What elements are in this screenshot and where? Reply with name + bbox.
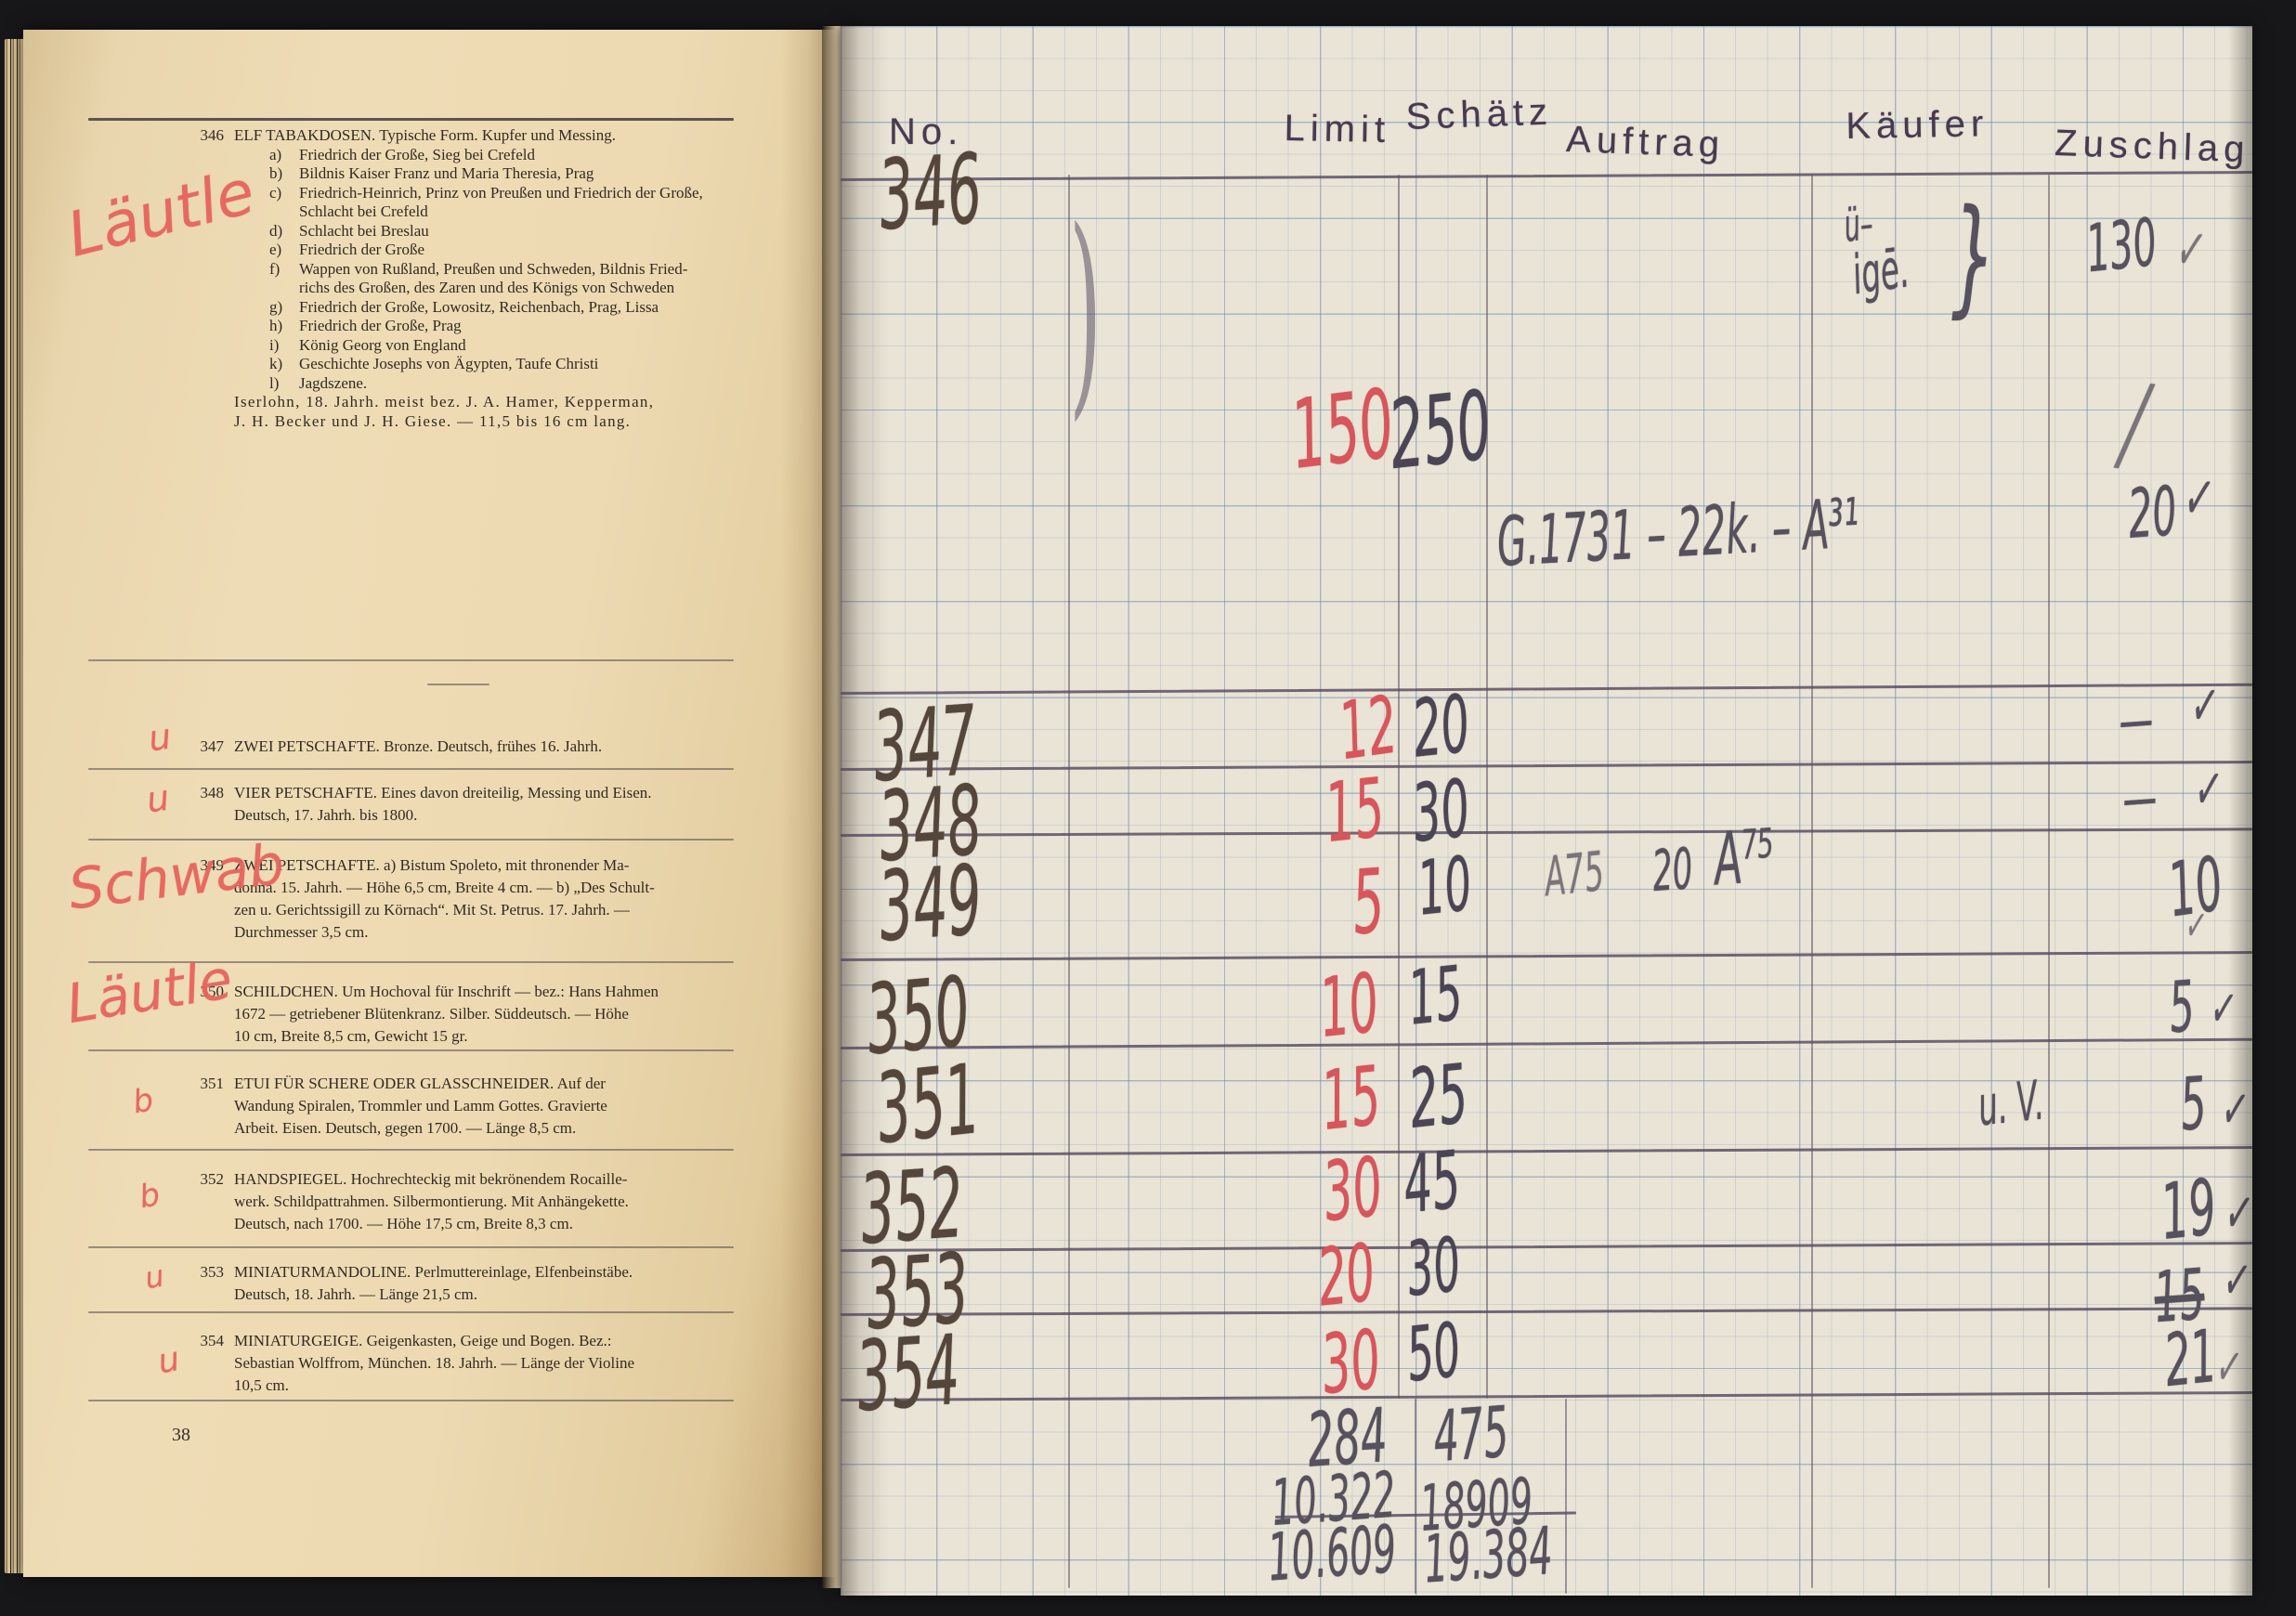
ledger-handwriting: 250 xyxy=(1385,378,1495,483)
catalog-subitem-label: c) xyxy=(269,184,281,203)
ledger-row-line xyxy=(841,1391,2252,1401)
ledger-handwriting: 349 xyxy=(876,853,985,956)
ledger-handwriting: ✓ xyxy=(2221,1252,2253,1310)
catalog-line: k)Geschichte Josephs von Ägypten, Taufe … xyxy=(23,355,841,374)
ledger-handwriting: ✓ xyxy=(2181,466,2218,531)
catalog-text: Friedrich der Große, Lowositz, Reichenba… xyxy=(299,298,659,316)
ledger-handwriting: 12 xyxy=(1335,685,1402,772)
catalog-line: Iserlohn, 18. Jahrh. meist bez. J. A. Ha… xyxy=(23,393,841,412)
catalog-text: richs des Großen, des Zaren und des Köni… xyxy=(299,279,674,296)
catalog-entry-number: 352 xyxy=(161,1168,224,1191)
catalog-subitem-label: k) xyxy=(269,355,282,374)
catalog-subitem-label: i) xyxy=(269,336,279,356)
ledger-handwriting: 20 xyxy=(1409,684,1473,769)
catalog-rule xyxy=(88,1049,734,1051)
ledger-handwriting: 10 xyxy=(1415,847,1475,927)
catalog-entry-354: 354MINIATURGEIGE. Geigenkasten, Geige un… xyxy=(23,1330,841,1397)
catalog-text: ETUI FÜR SCHERE ODER GLASSCHNEIDER. Auf … xyxy=(234,1075,606,1092)
ledger-row-line xyxy=(841,1038,2252,1049)
catalog-text: ELF TABAKDOSEN. Typische Form. Kupfer un… xyxy=(234,126,616,144)
ledger-column-line xyxy=(1398,175,1400,1399)
ledger-row-line xyxy=(841,684,2252,695)
catalog-text: ZWEI PETSCHAFTE. Bronze. Deutsch, frühes… xyxy=(234,737,602,755)
ledger-handwriting: 351 xyxy=(872,1051,985,1158)
ledger-column-line xyxy=(2048,175,2050,1588)
catalog-text: Friedrich der Große, Prag xyxy=(299,317,462,334)
ledger-handwriting: 354 xyxy=(854,1323,962,1426)
catalog-text: Deutsch, 17. Jahrh. bis 1800. xyxy=(234,806,417,824)
ledger-column-header-limit: Limit xyxy=(1284,108,1390,151)
catalog-text: HANDSPIEGEL. Hochrechteckig mit bekrönen… xyxy=(234,1170,627,1188)
ledger-handwriting: A75 xyxy=(1542,844,1607,905)
ledger-handwriting: 30 xyxy=(1403,1228,1464,1308)
ledger-column-line xyxy=(1811,175,1813,1588)
catalog-line: l)Jagdszene. xyxy=(23,374,841,394)
catalog-subitem-label: h) xyxy=(269,317,282,336)
catalog-text: 1672 — getriebener Blütenkranz. Silber. … xyxy=(234,1005,629,1023)
catalog-text: Iserlohn, 18. Jahrh. meist bez. J. A. Ha… xyxy=(234,393,654,411)
catalog-rule xyxy=(88,839,734,841)
ledger-handwriting: 20 xyxy=(1650,841,1694,900)
catalog-text: Sebastian Wolffrom, München. 18. Jahrh. … xyxy=(234,1354,634,1372)
ledger-handwriting: 19.384 xyxy=(1422,1518,1555,1592)
ledger-handwriting: — xyxy=(2117,688,2155,751)
catalog-rule xyxy=(88,1246,734,1248)
catalog-text: ZWEI PETSCHAFTE. a) Bistum Spoleto, mit … xyxy=(234,856,629,874)
catalog-line: f)Wappen von Rußland, Preußen und Schwed… xyxy=(23,260,841,280)
catalog-line: richs des Großen, des Zaren und des Köni… xyxy=(23,279,841,298)
ledger-column-header-zuschlag: Zuschlag xyxy=(2054,123,2250,171)
ledger-column-line xyxy=(1486,175,1488,1399)
catalog-rule xyxy=(88,1149,734,1151)
ledger-column-header-auftrag: Auftrag xyxy=(1565,119,1725,166)
catalog-line: a)Friedrich der Große, Sieg bei Crefeld xyxy=(23,146,841,165)
ledger-handwriting: 30 xyxy=(1320,1145,1386,1232)
catalog-text: Durchmesser 3,5 cm. xyxy=(234,923,368,941)
ledger-handwriting: ✓ xyxy=(2213,1339,2245,1394)
catalog-rule xyxy=(88,118,734,121)
ledger-handwriting: — xyxy=(2120,766,2159,829)
catalog-text: Wandung Spiralen, Trommler und Lamm Gott… xyxy=(234,1097,607,1114)
ledger-handwriting: 19 xyxy=(2158,1170,2220,1253)
ledger-handwriting: 5 xyxy=(2167,971,2197,1043)
catalog-text: Arbeit. Eisen. Deutsch, gegen 1700. — Lä… xyxy=(234,1119,576,1137)
catalog-rule xyxy=(88,1400,734,1401)
catalog-text: Jagdszene. xyxy=(299,374,367,392)
ledger-handwriting: 5 xyxy=(2178,1068,2209,1142)
catalog-rule xyxy=(427,684,489,685)
ledger-handwriting: ✓ xyxy=(2219,1081,2251,1139)
ledger-handwriting: 5 xyxy=(1350,858,1387,948)
pencil-bracket: ) xyxy=(1069,186,1102,442)
catalog-text: VIER PETSCHAFTE. Eines davon dreiteilig,… xyxy=(234,784,652,801)
catalog-subitem-label: l) xyxy=(269,374,279,394)
catalog-line: J. H. Becker und J. H. Giese. — 11,5 bis… xyxy=(23,412,841,432)
ledger-handwriting: 10.609 xyxy=(1266,1516,1399,1590)
ledger-handwriting: 150 xyxy=(1286,376,1399,483)
ledger-handwriting: G.1731 – 22k. – A³¹ xyxy=(1495,490,1861,578)
ledger-handwriting: 20 xyxy=(1314,1233,1378,1318)
page-number: 38 xyxy=(172,1425,190,1446)
ledger-page: ) No.LimitSchätzAuftragKäuferZuschlag 34… xyxy=(841,26,2252,1596)
ledger-handwriting: 346 xyxy=(876,141,985,244)
catalog-entry-number: 346 xyxy=(161,126,224,146)
ledger-handwriting: igē. xyxy=(1849,241,1912,303)
catalog-line: i)König Georg von England xyxy=(23,336,841,356)
catalog-line: 354MINIATURGEIGE. Geigenkasten, Geige un… xyxy=(23,1330,841,1352)
ledger-handwriting: ✓ xyxy=(2208,981,2239,1036)
ledger-row-line xyxy=(841,1146,2252,1156)
catalog-subitem-label: f) xyxy=(269,260,280,280)
catalog-line: 346ELF TABAKDOSEN. Typische Form. Kupfer… xyxy=(23,126,841,146)
ledger-handwriting: ✓ xyxy=(2172,219,2210,282)
ledger-handwriting: 10 xyxy=(1316,961,1382,1049)
ledger-handwriting: ✓ xyxy=(2193,760,2225,819)
ledger-handwriting: 130 xyxy=(2083,209,2159,281)
ledger-handwriting: 45 xyxy=(1400,1140,1464,1225)
catalog-subitem-label: b) xyxy=(269,164,282,184)
catalog-subitem-label: e) xyxy=(269,241,281,260)
catalog-text: Wappen von Rußland, Preußen und Schweden… xyxy=(299,260,687,278)
catalog-rule xyxy=(88,768,734,770)
catalog-text: SCHILDCHEN. Um Hochoval für Inschrift — … xyxy=(234,983,659,1000)
ledger-handwriting: A⁷⁵ xyxy=(1712,820,1777,896)
catalog-subitem-label: g) xyxy=(269,298,282,318)
ledger-row-line xyxy=(841,951,2252,961)
ledger-handwriting: } xyxy=(1951,193,1996,320)
catalog-text: 10 cm, Breite 8,5 cm, Gewicht 15 gr. xyxy=(234,1027,468,1045)
catalog-text: Schlacht bei Breslau xyxy=(299,222,429,240)
ledger-handwriting: 50 xyxy=(1403,1313,1464,1393)
catalog-subitem-label: d) xyxy=(269,222,282,241)
catalog-line: 347ZWEI PETSCHAFTE. Bronze. Deutsch, frü… xyxy=(23,736,841,758)
catalog-line: Durchmesser 3,5 cm. xyxy=(23,921,841,944)
catalog-text: Schlacht bei Crefeld xyxy=(299,202,428,220)
catalog-text: MINIATURMANDOLINE. Perlmuttereinlage, El… xyxy=(234,1263,633,1281)
ledger-row-line xyxy=(841,828,2252,836)
ledger-handwriting: 21 xyxy=(2161,1321,2220,1398)
ledger-handwriting: 15 xyxy=(1405,957,1466,1036)
catalog-page: 346ELF TABAKDOSEN. Typische Form. Kupfer… xyxy=(23,30,841,1577)
catalog-text: 10,5 cm. xyxy=(234,1376,289,1394)
catalog-text: König Georg von England xyxy=(299,336,466,354)
catalog-text: zen u. Gerichtssigill zu Körnach“. Mit S… xyxy=(234,901,630,919)
catalog-line: g)Friedrich der Große, Lowositz, Reichen… xyxy=(23,298,841,318)
catalog-text: MINIATURGEIGE. Geigenkasten, Geige und B… xyxy=(234,1332,612,1349)
catalog-rule xyxy=(88,659,734,661)
ledger-column-line xyxy=(1565,1399,1567,1594)
catalog-line: 10,5 cm. xyxy=(23,1375,841,1397)
ledger-row-line xyxy=(841,1242,2252,1252)
catalog-line: Deutsch, nach 1700. — Höhe 17,5 cm, Brei… xyxy=(23,1213,841,1235)
catalog-line: Deutsch, 17. Jahrh. bis 1800. xyxy=(23,804,841,827)
catalog-line: h)Friedrich der Große, Prag xyxy=(23,317,841,336)
catalog-text: Friedrich-Heinrich, Prinz von Preußen un… xyxy=(299,184,703,202)
ledger-handwriting: ∕ xyxy=(2117,370,2152,479)
ledger-row-line xyxy=(841,1307,2252,1315)
ledger-handwriting: 15 xyxy=(1318,1054,1384,1141)
catalog-text: werk. Schildpattrahmen. Silbermontierung… xyxy=(234,1192,629,1210)
ledger-handwriting: 475 xyxy=(1431,1397,1511,1472)
ledger-handwriting: 25 xyxy=(1405,1052,1471,1140)
handwritten-annotation: u xyxy=(146,716,174,760)
catalog-entry-347: 347ZWEI PETSCHAFTE. Bronze. Deutsch, frü… xyxy=(23,736,841,758)
catalog-text: Bildnis Kaiser Franz und Maria Theresia,… xyxy=(299,164,594,182)
ledger-row-line xyxy=(841,171,2252,181)
catalog-entry-number: 348 xyxy=(161,782,224,804)
catalog-rule xyxy=(88,1311,734,1313)
ledger-column-header-kufer: Käufer xyxy=(1846,103,1989,148)
catalog-entry-number: 353 xyxy=(161,1261,224,1284)
catalog-text: Friedrich der Große, Sieg bei Crefeld xyxy=(299,146,535,163)
catalog-text: Geschichte Josephs von Ägypten, Taufe Ch… xyxy=(299,355,598,372)
ledger-handwriting: ✓ xyxy=(2223,1183,2257,1243)
ledger-handwriting: ✓ xyxy=(2189,676,2222,736)
ledger-column-line xyxy=(1415,1399,1416,1594)
ledger-column-header-schtz: Schätz xyxy=(1405,91,1554,137)
ledger-handwriting: u. V. xyxy=(1976,1074,2046,1135)
catalog-text: Deutsch, nach 1700. — Höhe 17,5 cm, Brei… xyxy=(234,1215,573,1232)
catalog-line: Arbeit. Eisen. Deutsch, gegen 1700. — Lä… xyxy=(23,1117,841,1140)
catalog-subitem-label: a) xyxy=(269,146,281,165)
catalog-line: 10 cm, Breite 8,5 cm, Gewicht 15 gr. xyxy=(23,1025,841,1048)
catalog-text: donna. 15. Jahrh. — Höhe 6,5 cm, Breite … xyxy=(234,879,655,896)
catalog-text: Friedrich der Große xyxy=(299,241,424,258)
catalog-entry-number: 351 xyxy=(161,1073,224,1095)
ledger-handwriting: 20 xyxy=(2126,477,2179,549)
book-scan: 346ELF TABAKDOSEN. Typische Form. Kupfer… xyxy=(0,0,2296,1616)
catalog-line: Sebastian Wolffrom, München. 18. Jahrh. … xyxy=(23,1352,841,1375)
catalog-text: Deutsch, 18. Jahrh. — Länge 21,5 cm. xyxy=(234,1285,477,1303)
catalog-entry-346: 346ELF TABAKDOSEN. Typische Form. Kupfer… xyxy=(23,126,841,431)
ledger-handwriting: 15 xyxy=(1322,766,1388,854)
ledger-row-line xyxy=(841,761,2252,771)
catalog-text: J. H. Becker und J. H. Giese. — 11,5 bis… xyxy=(234,412,631,430)
